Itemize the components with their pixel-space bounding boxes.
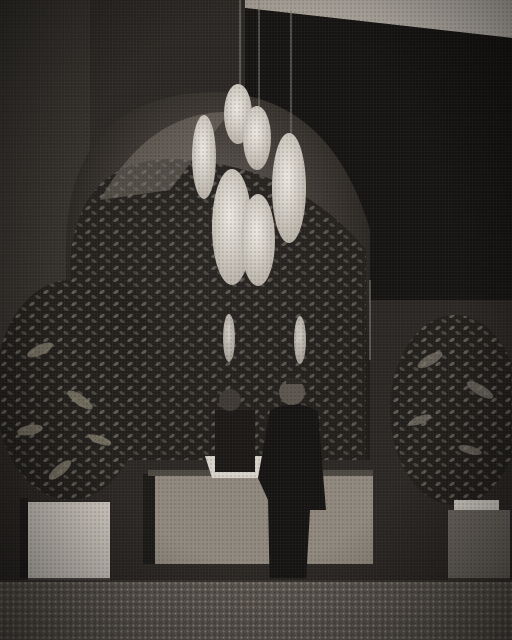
lobby-photograph (0, 0, 512, 640)
photo-scene (0, 0, 512, 640)
pendant-lamp (192, 115, 216, 199)
pendant-lamp (241, 194, 275, 286)
carpet-floor (0, 580, 512, 640)
pendant-lamp (223, 314, 235, 362)
right-planter-rim (454, 500, 499, 510)
pendant-lamp (243, 106, 271, 170)
reception-desk (148, 474, 373, 564)
left-planter (25, 502, 110, 590)
pendant-lamp (272, 133, 306, 243)
pendant-lamp (294, 316, 306, 364)
